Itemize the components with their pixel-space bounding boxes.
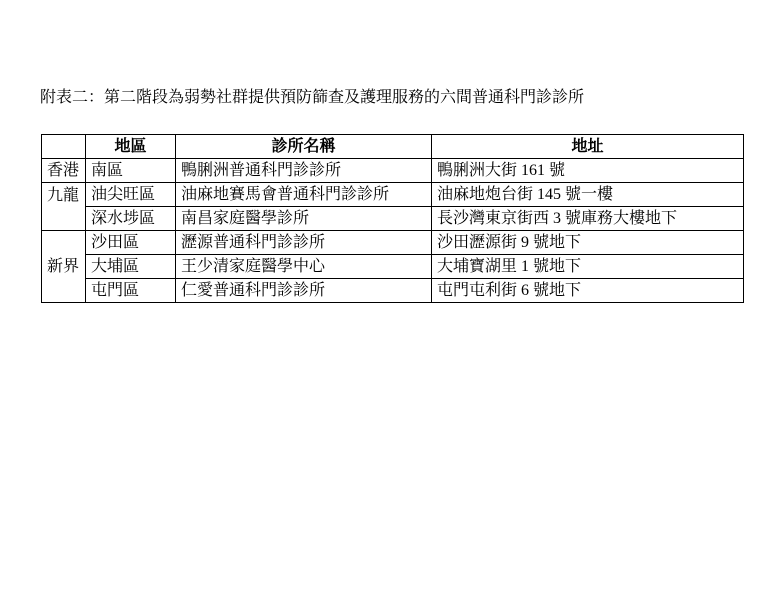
table-row: 香港 南區 鴨脷洲普通科門診診所 鴨脷洲大街 161 號 [42, 159, 744, 183]
table-row: 大埔區 王少清家庭醫學中心 大埔寶湖里 1 號地下 [42, 255, 744, 279]
address-cell: 長沙灣東京街西 3 號庫務大樓地下 [432, 207, 744, 231]
clinic-cell: 瀝源普通科門診診所 [176, 231, 432, 255]
clinic-cell: 南昌家庭醫學診所 [176, 207, 432, 231]
district-cell: 深水埗區 [86, 207, 176, 231]
clinic-cell: 仁愛普通科門診診所 [176, 279, 432, 303]
region-cell-hong-kong: 香港 [42, 159, 86, 183]
col-header-region-group [42, 135, 86, 159]
address-cell: 大埔寶湖里 1 號地下 [432, 255, 744, 279]
col-header-address: 地址 [432, 135, 744, 159]
address-cell: 油麻地炮台街 145 號一樓 [432, 183, 744, 207]
district-cell: 油尖旺區 [86, 183, 176, 207]
document-page: 附表二：第二階段為弱勢社群提供預防篩查及護理服務的六間普通科門診診所 地區 診所… [0, 0, 779, 589]
table-row: 屯門區 仁愛普通科門診診所 屯門屯利街 6 號地下 [42, 279, 744, 303]
table-row: 九龍 油尖旺區 油麻地賽馬會普通科門診診所 油麻地炮台街 145 號一樓 [42, 183, 744, 207]
district-cell: 南區 [86, 159, 176, 183]
clinic-cell: 王少清家庭醫學中心 [176, 255, 432, 279]
table-row: 新界 沙田區 瀝源普通科門診診所 沙田瀝源街 9 號地下 [42, 231, 744, 255]
region-cell-new-territories: 新界 [42, 231, 86, 303]
document-title: 附表二：第二階段為弱勢社群提供預防篩查及護理服務的六間普通科門診診所 [40, 88, 584, 108]
table-row: 深水埗區 南昌家庭醫學診所 長沙灣東京街西 3 號庫務大樓地下 [42, 207, 744, 231]
district-cell: 沙田區 [86, 231, 176, 255]
col-header-clinic-name: 診所名稱 [176, 135, 432, 159]
clinic-cell: 鴨脷洲普通科門診診所 [176, 159, 432, 183]
district-cell: 大埔區 [86, 255, 176, 279]
district-cell: 屯門區 [86, 279, 176, 303]
col-header-district: 地區 [86, 135, 176, 159]
address-cell: 沙田瀝源街 9 號地下 [432, 231, 744, 255]
address-cell: 鴨脷洲大街 161 號 [432, 159, 744, 183]
clinic-cell: 油麻地賽馬會普通科門診診所 [176, 183, 432, 207]
region-cell-kowloon: 九龍 [42, 183, 86, 231]
clinics-table: 地區 診所名稱 地址 香港 南區 鴨脷洲普通科門診診所 鴨脷洲大街 161 號 … [41, 134, 744, 303]
address-cell: 屯門屯利街 6 號地下 [432, 279, 744, 303]
table-header-row: 地區 診所名稱 地址 [42, 135, 744, 159]
